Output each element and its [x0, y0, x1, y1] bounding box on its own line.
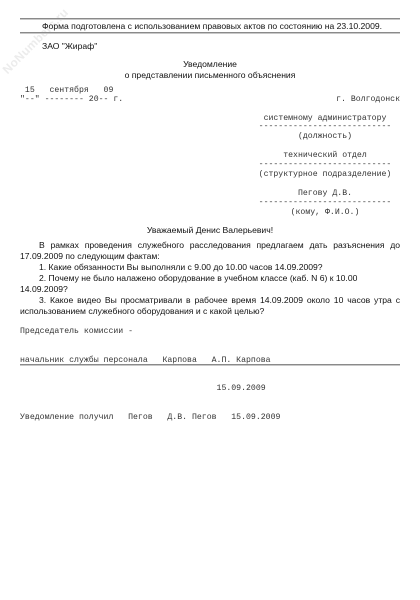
intro-line-2: 17.09.2009 по следующим фактам:	[20, 251, 400, 262]
signatures-block: Председатель комиссии - начальник службы…	[20, 308, 280, 432]
document-subtitle: о представлении письменного объяснения	[0, 70, 420, 80]
chairman-title: Председатель комиссии -	[20, 327, 280, 337]
header-rule	[20, 32, 400, 34]
name-value: Пегову Д.В.	[250, 189, 400, 198]
question-3-line-1: 3. Какое видео Вы просматривали в рабоче…	[20, 295, 400, 306]
position-label: (должность)	[250, 132, 400, 141]
city: г. Волгодонск	[336, 95, 400, 104]
name-dashes: ---------------------------	[250, 198, 400, 207]
document-title: Уведомление	[0, 59, 420, 69]
bottom-rule	[20, 364, 400, 366]
department-value: технический отдел	[250, 151, 400, 160]
top-rule	[20, 18, 400, 20]
salutation: Уважаемый Денис Валерьевич!	[0, 225, 420, 235]
date-template: "--" -------- 20-- г.	[20, 95, 123, 104]
question-1: 1. Какие обязанности Вы выполняли с 9.00…	[20, 262, 400, 273]
intro-line-1: В рамках проведения служебного расследов…	[20, 240, 400, 251]
chairman-date: 15.09.2009	[20, 384, 280, 394]
form-notice: Форма подготовлена с использованием прав…	[42, 21, 382, 31]
position-dashes: ---------------------------	[250, 122, 400, 131]
question-2: 2. Почему не было налажено оборудование …	[20, 273, 400, 295]
date-filled: 15 сентября 09	[20, 86, 113, 95]
department-dashes: ---------------------------	[250, 160, 400, 169]
department-label: (структурное подразделение)	[250, 170, 400, 179]
letter-body: В рамках проведения служебного расследов…	[20, 240, 400, 317]
company-name: ЗАО "Жираф"	[42, 41, 97, 51]
receipt-signature: Уведомление получил Пегов Д.В. Пегов 15.…	[20, 413, 280, 423]
name-label: (кому, Ф.И.О.)	[250, 208, 400, 217]
